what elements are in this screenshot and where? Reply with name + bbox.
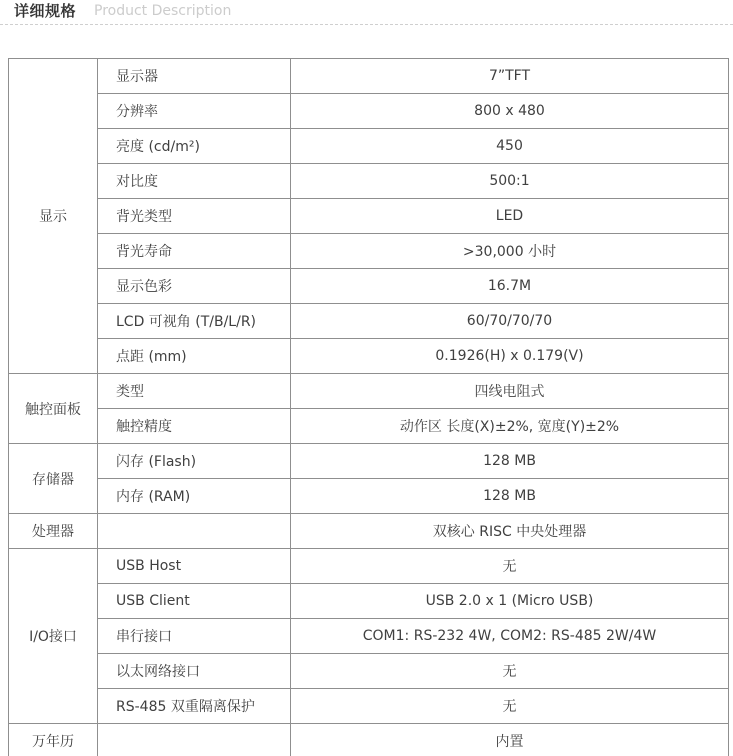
spec-value-cell: 60/70/70/70 [291,304,729,339]
table-row: 背光寿命 >30,000 小时 [9,234,729,269]
spec-label-cell: LCD 可视角 (T/B/L/R) [98,304,291,339]
spec-label-cell: 显示器 [98,59,291,94]
spec-label-cell: 背光寿命 [98,234,291,269]
spec-value-cell: 动作区 长度(X)±2%, 宽度(Y)±2% [291,409,729,444]
table-row: 对比度 500:1 [9,164,729,199]
category-cell-calendar: 万年历 [9,724,98,756]
spec-label-cell: RS-485 双重隔离保护 [98,689,291,724]
spec-label-cell: 触控精度 [98,409,291,444]
spec-label-cell: 对比度 [98,164,291,199]
product-spec-page: 详细规格 Product Description 显示 显示器 7”TFT 分辨… [0,0,733,756]
spec-label-cell: 分辨率 [98,94,291,129]
table-row: LCD 可视角 (T/B/L/R) 60/70/70/70 [9,304,729,339]
section-header: 详细规格 Product Description [0,0,733,25]
spec-value-cell: LED [291,199,729,234]
spec-value-cell: 7”TFT [291,59,729,94]
spec-label-cell: USB Host [98,549,291,584]
spec-label-cell: 闪存 (Flash) [98,444,291,479]
spec-label-cell [98,724,291,756]
spec-value-cell: USB 2.0 x 1 (Micro USB) [291,584,729,619]
spec-value-cell: 无 [291,689,729,724]
spec-value-cell: 0.1926(H) x 0.179(V) [291,339,729,374]
spec-value-cell: 无 [291,654,729,689]
table-row: 分辨率 800 x 480 [9,94,729,129]
spec-label-cell: 显示色彩 [98,269,291,304]
table-row: 背光类型 LED [9,199,729,234]
table-row: 串行接口 COM1: RS-232 4W, COM2: RS-485 2W/4W [9,619,729,654]
table-row: 亮度 (cd/m²) 450 [9,129,729,164]
spec-label-cell: 点距 (mm) [98,339,291,374]
spec-value-cell: 128 MB [291,444,729,479]
table-row: 显示色彩 16.7M [9,269,729,304]
spec-label-cell: 背光类型 [98,199,291,234]
spec-value-cell: 800 x 480 [291,94,729,129]
table-row: 显示 显示器 7”TFT [9,59,729,94]
spec-label-cell: 以太网络接口 [98,654,291,689]
category-cell-memory: 存储器 [9,444,98,514]
spec-value-cell: 16.7M [291,269,729,304]
tab-product-description[interactable]: Product Description [94,0,231,22]
category-cell-processor: 处理器 [9,514,98,549]
table-row: 点距 (mm) 0.1926(H) x 0.179(V) [9,339,729,374]
table-row: 以太网络接口 无 [9,654,729,689]
table-row: 内存 (RAM) 128 MB [9,479,729,514]
category-cell-io: I/O接口 [9,549,98,724]
spec-value-cell: COM1: RS-232 4W, COM2: RS-485 2W/4W [291,619,729,654]
table-row: RS-485 双重隔离保护 无 [9,689,729,724]
spec-table: 显示 显示器 7”TFT 分辨率 800 x 480 亮度 (cd/m²) 45… [8,58,729,756]
spec-value-cell: 四线电阻式 [291,374,729,409]
table-row: 触控面板 类型 四线电阻式 [9,374,729,409]
spec-value-cell: >30,000 小时 [291,234,729,269]
spec-label-cell: USB Client [98,584,291,619]
spec-label-cell: 亮度 (cd/m²) [98,129,291,164]
table-row: 触控精度 动作区 长度(X)±2%, 宽度(Y)±2% [9,409,729,444]
spec-value-cell: 128 MB [291,479,729,514]
spec-label-cell: 串行接口 [98,619,291,654]
spec-label-cell: 类型 [98,374,291,409]
spec-label-cell: 内存 (RAM) [98,479,291,514]
spec-value-cell: 450 [291,129,729,164]
spec-label-cell [98,514,291,549]
table-row: USB Client USB 2.0 x 1 (Micro USB) [9,584,729,619]
spec-value-cell: 无 [291,549,729,584]
spec-value-cell: 内置 [291,724,729,756]
table-row: 万年历 内置 [9,724,729,756]
tab-detailed-specs[interactable]: 详细规格 [14,0,76,22]
spec-value-cell: 双核心 RISC 中央处理器 [291,514,729,549]
spec-value-cell: 500:1 [291,164,729,199]
table-row: 存储器 闪存 (Flash) 128 MB [9,444,729,479]
table-row: I/O接口 USB Host 无 [9,549,729,584]
category-cell-touch-panel: 触控面板 [9,374,98,444]
table-row: 处理器 双核心 RISC 中央处理器 [9,514,729,549]
category-cell-display: 显示 [9,59,98,374]
